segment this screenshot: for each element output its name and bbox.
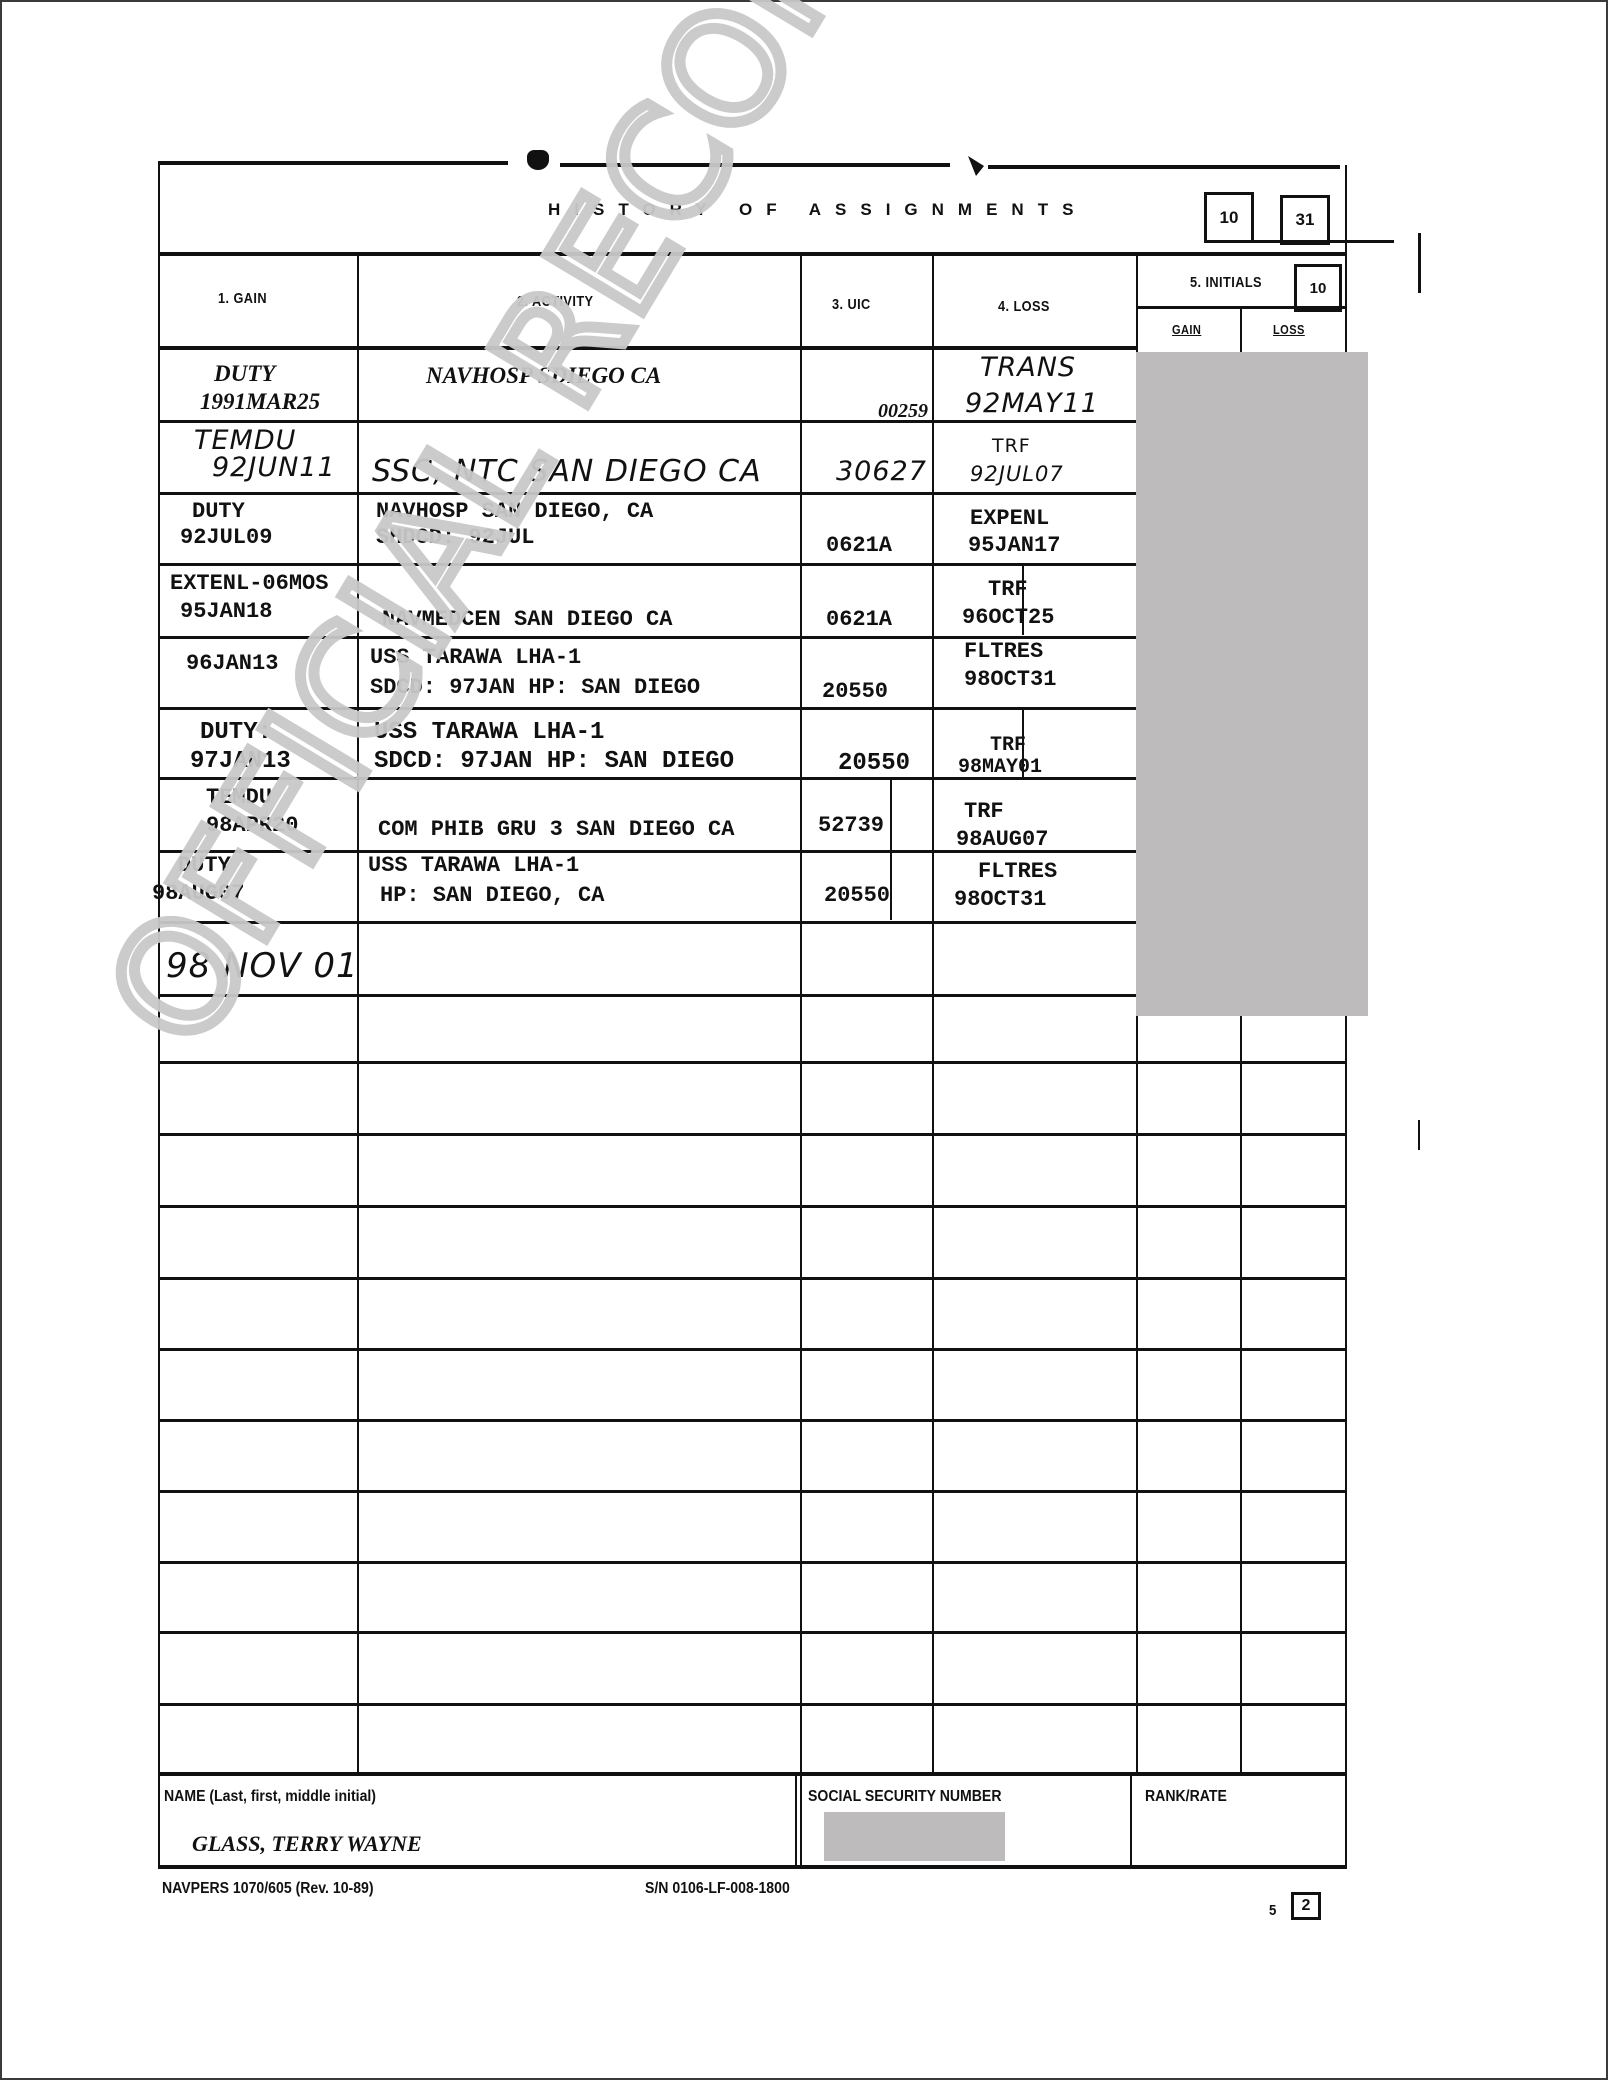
row4-loss-type: TRF [988, 574, 1028, 605]
column-header-loss: 4. LOSS [998, 298, 1050, 315]
row7-loss-date: 98AUG07 [956, 824, 1048, 855]
header-top-rule [158, 252, 1347, 256]
row4-activity: NAVMEDCEN SAN DIEGO CA [382, 604, 672, 635]
form-left-border [158, 162, 160, 1868]
row-rule [158, 563, 1136, 566]
row1-activity: NAVHOSP SDIEGO CA [426, 360, 661, 391]
header-box-1: 10 [1204, 192, 1254, 243]
row3-uic: 0621A [826, 530, 892, 561]
form-number: NAVPERS 1070/605 (Rev. 10-89) [162, 1880, 374, 1898]
header-underline [1252, 240, 1394, 243]
initials-box: 10 [1294, 264, 1342, 312]
row2-loss-date: 92JUL07 [970, 458, 1064, 490]
row1-loss-date: 92MAY11 [965, 388, 1099, 420]
ssn-rank-divider [1130, 1774, 1132, 1867]
row-rule [158, 1631, 1347, 1634]
row-rule [158, 707, 1136, 710]
name-ssn-divider [795, 1774, 797, 1867]
scanned-page [0, 0, 1608, 2080]
row6-activity-line1: USS TARAWA LHA-1 [374, 717, 604, 748]
row8-loss-date: 98OCT31 [954, 884, 1046, 915]
column-header-uic: 3. UIC [832, 296, 871, 313]
row-rule [158, 1419, 1347, 1422]
row-rule [158, 1205, 1347, 1208]
row-rule [158, 1061, 1347, 1064]
row-rule [158, 1133, 1347, 1136]
page-number: 5 [1269, 1902, 1276, 1919]
scan-mark-icon [527, 150, 549, 170]
row-rule [158, 1348, 1347, 1351]
column-header-initials-gain: GAIN [1172, 322, 1201, 337]
row4-uic: 0621A [826, 604, 892, 635]
form-bottom-border [158, 1865, 1347, 1869]
column-header-initials: 5. INITIALS [1190, 274, 1262, 291]
name-value: GLASS, TERRY WAYNE [192, 1828, 422, 1859]
row-rule [158, 420, 1136, 423]
column-header-initials-loss: LOSS [1273, 322, 1305, 337]
row4-gain-date: 95JAN18 [180, 596, 272, 627]
row5-gain-date: 96JAN13 [186, 648, 278, 679]
row6-activity-line2: SDCD: 97JAN HP: SAN DIEGO [374, 746, 734, 777]
form-title: HISTORY OF ASSIGNMENTS [548, 200, 1087, 220]
gain-activity-divider [357, 254, 359, 1774]
column-header-gain: 1. GAIN [218, 290, 267, 307]
row3-loss-date: 95JAN17 [968, 530, 1060, 561]
row5-uic: 20550 [822, 676, 888, 707]
form-top-border-middle [560, 163, 950, 167]
form-top-border-right [988, 165, 1340, 169]
row2-activity: SSC, NTC SAN DIEGO CA [372, 456, 762, 488]
row-rule [158, 1490, 1347, 1493]
ssn-redaction [824, 1812, 1005, 1861]
form-top-border-left [158, 161, 508, 165]
row7-activity: COM PHIB GRU 3 SAN DIEGO CA [378, 814, 734, 845]
row-rule [158, 1703, 1347, 1706]
row7-uic: 52739 [818, 810, 884, 841]
row8-loss-type: FLTRES [978, 856, 1057, 887]
uic-subdivider [890, 780, 892, 920]
header-bottom-rule [158, 346, 1136, 350]
row5-activity-line2: SDCD: 97JAN HP: SAN DIEGO [370, 672, 700, 703]
rank-label: RANK/RATE [1145, 1788, 1227, 1806]
page-mark-icon: 2 [1291, 1892, 1321, 1920]
row-rule [158, 492, 1136, 495]
footer-top-rule [158, 1772, 1347, 1776]
row2-gain-date: 92JUN11 [212, 452, 336, 484]
row8-gain-type: DUTY [178, 850, 231, 881]
row6-gain-type: DUTY: [200, 717, 272, 748]
row3-gain-date: 92JUL09 [180, 522, 272, 553]
row8-activity-line1: USS TARAWA LHA-1 [368, 850, 579, 881]
ssn-label: SOCIAL SECURITY NUMBER [808, 1788, 1001, 1806]
row9-gain-date: 98 NOV 01 [166, 950, 359, 982]
initials-redaction [1136, 352, 1368, 1016]
scan-artifact [1418, 233, 1421, 293]
row8-uic: 20550 [824, 880, 890, 911]
row4-loss-date: 96OCT25 [962, 602, 1054, 633]
name-label: NAME (Last, first, middle initial) [164, 1788, 376, 1806]
stock-number: S/N 0106-LF-008-1800 [645, 1880, 790, 1898]
row5-loss-type: FLTRES [964, 636, 1043, 667]
row3-activity-line2: SHDCD: 92JUL [376, 522, 534, 553]
row8-activity-line2: HP: SAN DIEGO, CA [380, 880, 604, 911]
row1-uic: 00259 [878, 396, 928, 427]
row6-loss-date: 98MAY01 [958, 752, 1042, 783]
row2-uic: 30627 [836, 456, 927, 488]
row-rule [158, 1277, 1347, 1280]
row5-activity-line1: USS TARAWA LHA-1 [370, 642, 581, 673]
row1-gain-type: DUTY [214, 358, 275, 389]
scan-artifact [1418, 1120, 1420, 1150]
uic-loss-divider [932, 254, 934, 1774]
row8-gain-date: 98AUG07 [152, 878, 244, 909]
row5-loss-date: 98OCT31 [964, 664, 1056, 695]
column-header-activity: 2. ACTIVITY [517, 293, 593, 310]
row7-gain-type: TEMDU [206, 782, 272, 813]
row6-uic: 20550 [838, 748, 910, 779]
row6-gain-date: 97JAN13 [190, 746, 291, 777]
row-rule [158, 1561, 1347, 1564]
row1-loss-type: TRANS [980, 352, 1076, 384]
row7-gain-date: 98APR20 [206, 810, 298, 841]
row7-loss-type: TRF [964, 796, 1004, 827]
row1-gain-date: 1991MAR25 [200, 386, 320, 417]
row4-gain-type: EXTENL-06MOS [170, 568, 328, 599]
header-box-2: 31 [1280, 195, 1330, 245]
